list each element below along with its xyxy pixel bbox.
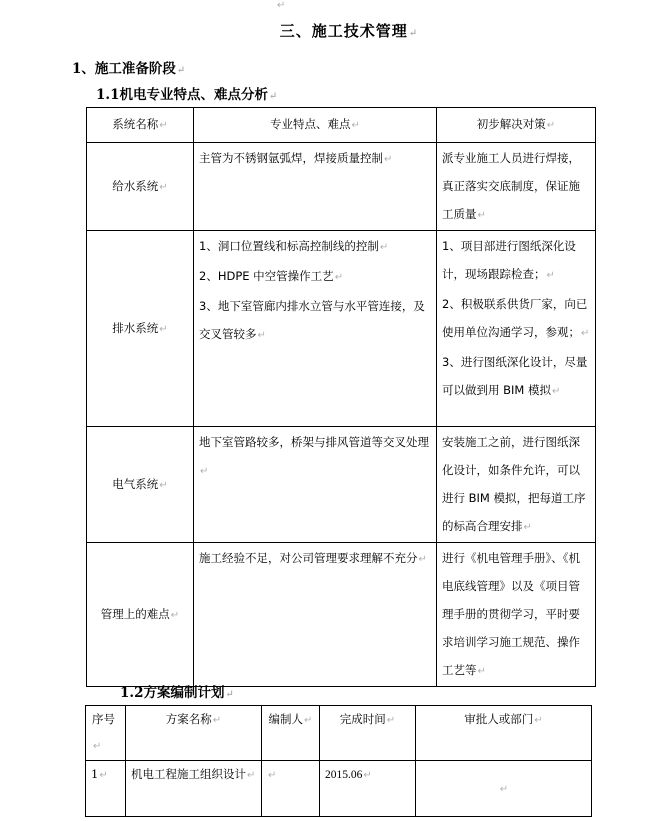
features-cell[interactable]: 地下室管路较多，桥架与排风管道等交叉处理↵: [194, 427, 437, 543]
feature-line: 2、HDPE 中空管操作工艺↵: [199, 262, 431, 292]
paragraph-mark: ↵: [409, 28, 418, 39]
paragraph-mark: ↵: [547, 120, 555, 131]
header-cell[interactable]: 审批人或部门↵: [416, 706, 592, 761]
paragraph-mark: ↵: [159, 480, 167, 491]
table-row: 排水系统↵ 1、洞口位置线和标高控制线的控制↵ 2、HDPE 中空管操作工艺↵ …: [87, 231, 596, 427]
header-cell[interactable]: 编制人↵: [262, 706, 320, 761]
paragraph-mark: ↵: [213, 715, 221, 726]
subsection-heading-1-2: 1.2方案编制计划↵: [120, 681, 234, 701]
plan-table: 序号↵ 方案名称↵ 编制人↵ 完成时间↵ 审批人或部门↵ 1↵ 机电工程施工组织…: [85, 705, 592, 817]
paragraph-mark: ↵: [99, 770, 107, 781]
system-cell[interactable]: 给水系统↵: [87, 143, 194, 231]
header-text: 序号: [92, 712, 115, 726]
header-text: 初步解决对策: [477, 117, 546, 131]
paragraph-mark: ↵: [384, 154, 392, 165]
header-text: 编制人: [269, 712, 304, 726]
paragraph-mark: ↵: [226, 689, 234, 700]
features-cell[interactable]: 主管为不锈钢氩弧焊，焊接质量控制↵: [194, 143, 437, 231]
system-name: 给水系统: [112, 179, 158, 193]
paragraph-mark: ↵: [534, 715, 542, 726]
row-number: 1: [91, 767, 98, 781]
system-cell[interactable]: 电气系统↵: [87, 427, 194, 543]
system-name: 管理上的难点: [101, 607, 170, 621]
paragraph-mark: ↵: [478, 666, 486, 677]
feature-text: 地下室管路较多，桥架与排风管道等交叉处理: [199, 435, 429, 449]
completion-date: 2015.06: [325, 769, 362, 781]
solution-line: 2、积极联系供货厂家，向已使用单位沟通学习，参观；↵: [442, 290, 590, 348]
header-text: 完成时间: [340, 712, 386, 726]
paragraph-mark: ↵: [159, 182, 167, 193]
paragraph-mark: ↵: [247, 770, 255, 781]
subsection-heading-text: 1.1机电专业特点、难点分析: [96, 87, 268, 103]
analysis-table: 系统名称↵ 专业特点、难点↵ 初步解决对策↵ 给水系统↵ 主管为不锈钢氩弧焊，焊…: [86, 107, 596, 687]
features-cell[interactable]: 施工经验不足，对公司管理要求理解不充分↵: [194, 543, 437, 687]
paragraph-mark: ↵: [387, 715, 395, 726]
paragraph-mark: ↵: [552, 386, 560, 397]
paragraph-mark: ↵: [93, 741, 101, 752]
document-title: 三、施工技术管理↵: [0, 20, 658, 41]
system-name: 电气系统: [112, 477, 158, 491]
table-row: 电气系统↵ 地下室管路较多，桥架与排风管道等交叉处理↵ 安装施工之前，进行图纸深…: [87, 427, 596, 543]
feature-line: 1、洞口位置线和标高控制线的控制↵: [199, 232, 431, 262]
paragraph-mark: ↵: [352, 120, 360, 131]
paragraph-mark: ↵: [335, 272, 343, 283]
paragraph-mark: ↵: [581, 328, 589, 339]
header-text: 方案名称: [166, 712, 212, 726]
table-row: 给水系统↵ 主管为不锈钢氩弧焊，焊接质量控制↵ 派专业施工人员进行焊接，真正落实…: [87, 143, 596, 231]
solution-text: 派专业施工人员进行焊接，真正落实交底制度，保证施工质量: [442, 151, 580, 221]
paragraph-mark: ↵: [478, 210, 486, 221]
solution-text: 安装施工之前，进行图纸深化设计，如条件允许，可以进行 BIM 模拟，把每道工序的…: [442, 435, 586, 533]
section-heading: 1、施工准备阶段↵: [72, 57, 185, 77]
features-cell[interactable]: 1、洞口位置线和标高控制线的控制↵ 2、HDPE 中空管操作工艺↵ 3、地下室管…: [194, 231, 437, 427]
header-cell[interactable]: 完成时间↵: [320, 706, 416, 761]
solutions-cell[interactable]: 1、项目部进行图纸深化设计，现场跟踪检查；↵ 2、积极联系供货厂家，向已使用单位…: [437, 231, 596, 427]
plan-name: 机电工程施工组织设计: [131, 767, 246, 781]
solution-line: 3、进行图纸深化设计，尽量可以做到用 BIM 模拟↵: [442, 348, 590, 406]
solutions-cell[interactable]: 进行《机电管理手册》、《机电底线管理》以及《项目管理手册的贯彻学习，平时要求培训…: [437, 543, 596, 687]
header-text: 专业特点、难点: [270, 117, 351, 131]
feature-text: 3、地下室管廊内排水立管与水平管连接，及交叉管较多: [199, 299, 425, 341]
system-name: 排水系统: [112, 321, 158, 335]
header-cell[interactable]: 方案名称↵: [126, 706, 262, 761]
table-row: 管理上的难点↵ 施工经验不足，对公司管理要求理解不充分↵ 进行《机电管理手册》、…: [87, 543, 596, 687]
author-cell[interactable]: ↵: [262, 761, 320, 817]
subsection-heading-text: 1.2方案编制计划: [120, 685, 225, 701]
paragraph-mark: ↵: [269, 91, 277, 102]
solution-line: 1、项目部进行图纸深化设计，现场跟踪检查；↵: [442, 232, 590, 290]
paragraph-mark: ↵: [159, 120, 167, 131]
solution-text: 进行《机电管理手册》、《机电底线管理》以及《项目管理手册的贯彻学习，平时要求培训…: [442, 551, 580, 677]
paragraph-mark: ↵: [524, 522, 532, 533]
system-cell[interactable]: 管理上的难点↵: [87, 543, 194, 687]
table-row: 1↵ 机电工程施工组织设计↵ ↵ 2015.06↵ ↵: [86, 761, 592, 817]
number-cell[interactable]: 1↵: [86, 761, 126, 817]
table-header-row: 系统名称↵ 专业特点、难点↵ 初步解决对策↵: [87, 108, 596, 143]
paragraph-mark: ↵: [258, 330, 266, 341]
paragraph-mark: ↵: [171, 610, 179, 621]
paragraph-mark: ↵: [304, 715, 312, 726]
system-cell[interactable]: 排水系统↵: [87, 231, 194, 427]
feature-text: 2、HDPE 中空管操作工艺: [199, 269, 334, 283]
feature-line: 3、地下室管廊内排水立管与水平管连接，及交叉管较多↵: [199, 292, 431, 350]
paragraph-mark: ↵: [380, 242, 388, 253]
paragraph-mark: ↵: [268, 770, 276, 781]
paragraph-mark: ↵: [200, 466, 208, 477]
solution-text: 2、积极联系供货厂家，向已使用单位沟通学习，参观；: [442, 297, 587, 339]
solution-text: 1、项目部进行图纸深化设计，现场跟踪检查；: [442, 239, 576, 281]
section-heading-text: 1、施工准备阶段: [72, 61, 176, 77]
paragraph-mark: ↵: [500, 784, 508, 795]
feature-text: 施工经验不足，对公司管理要求理解不充分: [199, 551, 418, 565]
solutions-cell[interactable]: 安装施工之前，进行图纸深化设计，如条件允许，可以进行 BIM 模拟，把每道工序的…: [437, 427, 596, 543]
paragraph-mark: ↵: [363, 770, 371, 781]
header-cell[interactable]: 专业特点、难点↵: [194, 108, 437, 143]
solution-text: 3、进行图纸深化设计，尽量可以做到用 BIM 模拟: [442, 355, 587, 397]
paragraph-mark: ↵: [419, 554, 427, 565]
header-text: 系统名称: [112, 117, 158, 131]
subsection-heading-1-1: 1.1机电专业特点、难点分析↵: [96, 83, 277, 103]
paragraph-mark: ↵: [547, 270, 555, 281]
header-text: 审批人或部门: [464, 712, 533, 726]
paragraph-mark: ↵: [177, 65, 185, 76]
feature-text: 1、洞口位置线和标高控制线的控制: [199, 239, 379, 253]
solutions-cell[interactable]: 派专业施工人员进行焊接，真正落实交底制度，保证施工质量↵: [437, 143, 596, 231]
paragraph-mark: ↵: [277, 0, 285, 11]
table-header-row: 序号↵ 方案名称↵ 编制人↵ 完成时间↵ 审批人或部门↵: [86, 706, 592, 761]
date-cell[interactable]: 2015.06↵: [320, 761, 416, 817]
feature-text: 主管为不锈钢氩弧焊，焊接质量控制: [199, 151, 383, 165]
header-cell[interactable]: 序号↵: [86, 706, 126, 761]
header-cell[interactable]: 系统名称↵: [87, 108, 194, 143]
plan-name-cell[interactable]: 机电工程施工组织设计↵: [126, 761, 262, 817]
header-cell[interactable]: 初步解决对策↵: [437, 108, 596, 143]
paragraph-mark: ↵: [159, 324, 167, 335]
approver-cell[interactable]: ↵: [416, 761, 592, 817]
title-text: 三、施工技术管理: [280, 22, 408, 40]
